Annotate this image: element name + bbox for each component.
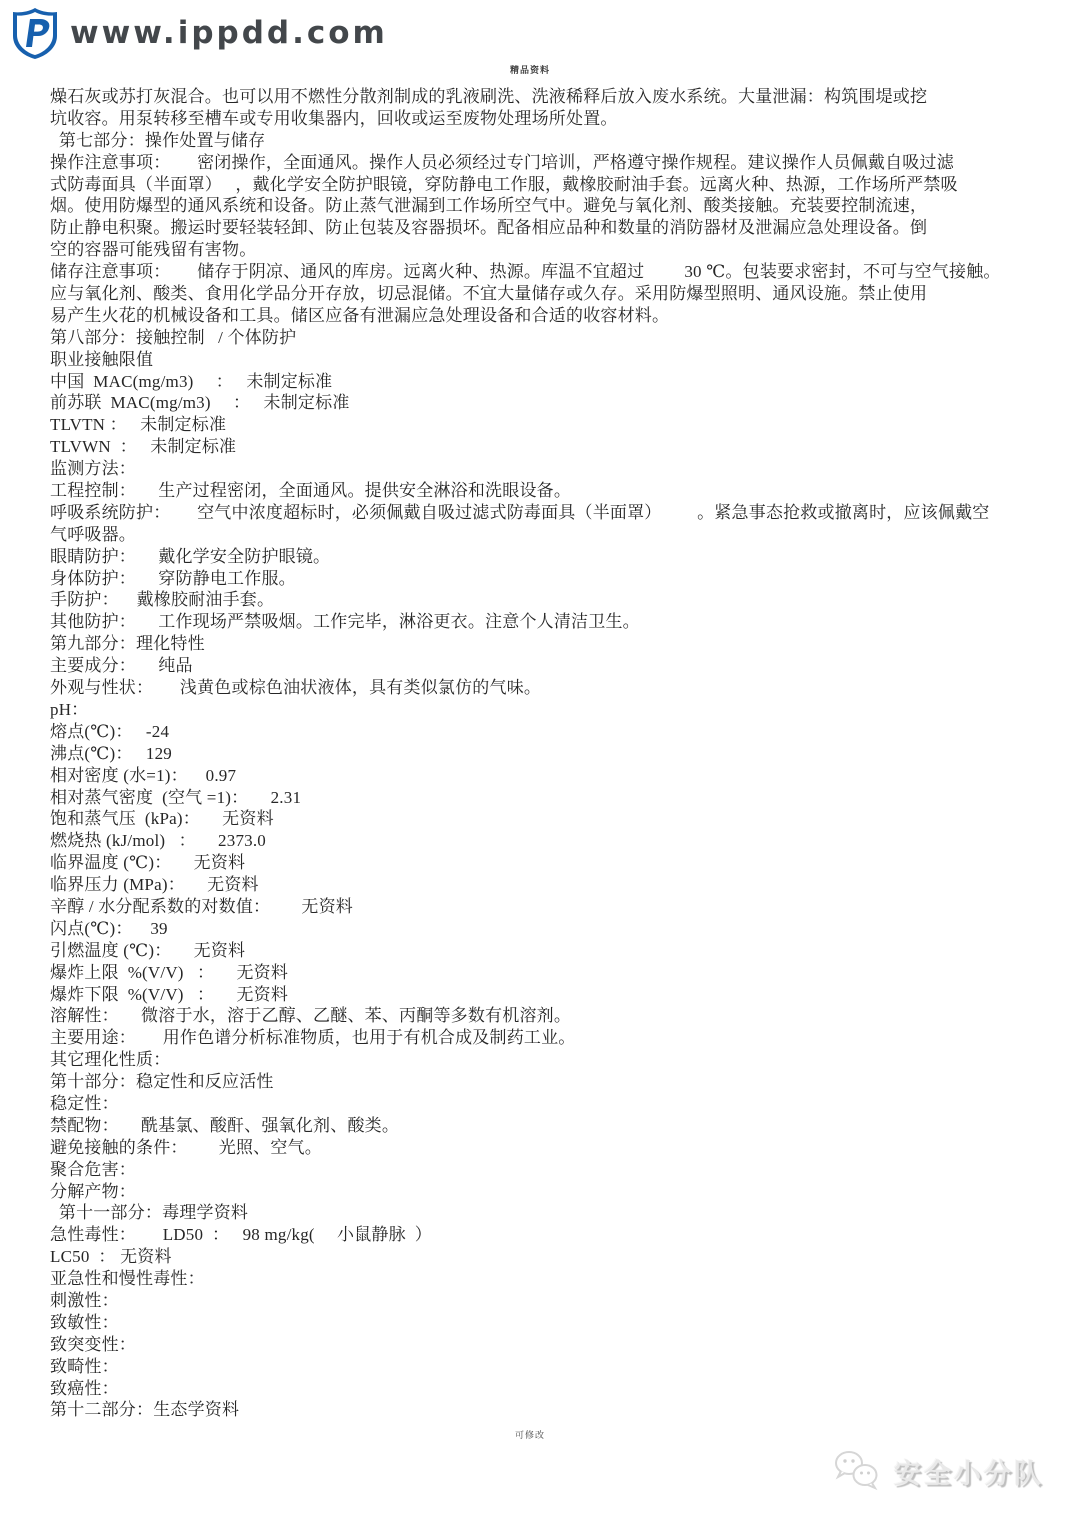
text-line: 手防护： 戴橡胶耐油手套。 [50, 589, 1050, 611]
text-line: 防止静电积聚。搬运时要轻装轻卸、防止包装及容器损坏。配备相应品种和数量的消防器材… [50, 217, 1050, 239]
text-line: 燃烧热 (kJ/mol) ： 2373.0 [50, 830, 1050, 852]
text-line: 急性毒性： LD50 ： 98 mg/kg( 小鼠静脉 ） [50, 1224, 1050, 1246]
text-line: 坑收容。用泵转移至槽车或专用收集器内，回收或运至废物处理场所处置。 [50, 108, 1050, 130]
text-line: 亚急性和慢性毒性： [50, 1268, 1050, 1290]
watermark: 安全小分队 [832, 1448, 1044, 1494]
text-line: 监测方法： [50, 458, 1050, 480]
text-line: 其它理化性质： [50, 1049, 1050, 1071]
top-note: 精品资料 [0, 63, 1060, 76]
wechat-icon [832, 1448, 884, 1494]
text-line: 稳定性： [50, 1093, 1050, 1115]
text-line: 熔点(℃)： -24 [50, 721, 1050, 743]
text-line: 中国 MAC(mg/m3) ： 未制定标准 [50, 371, 1050, 393]
text-line: 爆炸下限 %(V/V) ： 无资料 [50, 984, 1050, 1006]
text-line: 第七部分：操作处置与储存 [50, 130, 1050, 152]
text-line: 式防毒面具（半面罩） ，戴化学安全防护眼镜，穿防静电工作服，戴橡胶耐油手套。远离… [50, 174, 1050, 196]
site-header: www.ippdd.com [10, 6, 388, 60]
text-line: 烟。使用防爆型的通风系统和设备。防止蒸气泄漏到工作场所空气中。避免与氧化剂、酸类… [50, 195, 1050, 217]
bottom-note: 可修改 [0, 1428, 1060, 1441]
text-line: 储存注意事项： 储存于阴凉、通风的库房。远离火种、热源。库温不宜超过 30 ℃。… [50, 261, 1050, 283]
text-line: 燥石灰或苏打灰混合。也可以用不燃性分散剂制成的乳液刷洗、洗液稀释后放入废水系统。… [50, 86, 1050, 108]
text-line: 临界压力 (MPa)： 无资料 [50, 874, 1050, 896]
text-line: 工程控制： 生产过程密闭，全面通风。提供安全淋浴和洗眼设备。 [50, 480, 1050, 502]
text-line: 身体防护： 穿防静电工作服。 [50, 568, 1050, 590]
text-line: 聚合危害： [50, 1159, 1050, 1181]
text-line: 操作注意事项： 密闭操作，全面通风。操作人员必须经过专门培训，严格遵守操作规程。… [50, 152, 1050, 174]
text-line: 第八部分：接触控制 / 个体防护 [50, 327, 1050, 349]
text-line: LC50 ： 无资料 [50, 1246, 1050, 1268]
watermark-label: 安全小分队 [894, 1452, 1044, 1491]
text-line: 相对密度 (水=1)： 0.97 [50, 765, 1050, 787]
text-line: 主要成分： 纯品 [50, 655, 1050, 677]
text-line: 分解产物： [50, 1181, 1050, 1203]
text-line: 外观与性状： 浅黄色或棕色油状液体，具有类似氯仿的气味。 [50, 677, 1050, 699]
text-line: 应与氧化剂、酸类、食用化学品分开存放，切忌混储。不宜大量储存或久存。采用防爆型照… [50, 283, 1050, 305]
text-line: pH： [50, 699, 1050, 721]
text-line: 致癌性： [50, 1378, 1050, 1400]
text-line: 第十二部分：生态学资料 [50, 1399, 1050, 1421]
text-line: 饱和蒸气压 (kPa)： 无资料 [50, 808, 1050, 830]
text-line: 主要用途： 用作色谱分析标准物质，也用于有机合成及制药工业。 [50, 1027, 1050, 1049]
text-line: 前苏联 MAC(mg/m3) ： 未制定标准 [50, 392, 1050, 414]
text-line: 第十一部分：毒理学资料 [50, 1202, 1050, 1224]
text-line: 气呼吸器。 [50, 524, 1050, 546]
text-line: 刺激性： [50, 1290, 1050, 1312]
text-line: 空的容器可能残留有害物。 [50, 239, 1050, 261]
text-line: 临界温度 (℃)： 无资料 [50, 852, 1050, 874]
text-line: 禁配物： 酰基氯、酸酐、强氧化剂、酸类。 [50, 1115, 1050, 1137]
text-line: 引燃温度 (℃)： 无资料 [50, 940, 1050, 962]
text-line: TLVTN ： 未制定标准 [50, 414, 1050, 436]
text-line: 沸点(℃)： 129 [50, 743, 1050, 765]
text-line: 溶解性： 微溶于水，溶于乙醇、乙醚、苯、丙酮等多数有机溶剂。 [50, 1005, 1050, 1027]
text-line: 其他防护： 工作现场严禁吸烟。工作完毕，淋浴更衣。注意个人清洁卫生。 [50, 611, 1050, 633]
text-line: 致突变性： [50, 1334, 1050, 1356]
text-line: 第十部分：稳定性和反应活性 [50, 1071, 1050, 1093]
site-url: www.ippdd.com [70, 15, 388, 51]
text-line: 爆炸上限 %(V/V) ： 无资料 [50, 962, 1050, 984]
text-line: 职业接触限值 [50, 349, 1050, 371]
text-line: 辛醇 / 水分配系数的对数值： 无资料 [50, 896, 1050, 918]
text-line: 致畸性： [50, 1356, 1050, 1378]
text-line: 呼吸系统防护： 空气中浓度超标时，必须佩戴自吸过滤式防毒面具（半面罩） 。紧急事… [50, 502, 1050, 524]
shield-p-logo-icon [10, 6, 60, 60]
text-line: 易产生火花的机械设备和工具。储区应备有泄漏应急处理设备和合适的收容材料。 [50, 305, 1050, 327]
text-line: 眼睛防护： 戴化学安全防护眼镜。 [50, 546, 1050, 568]
text-line: 闪点(℃)： 39 [50, 918, 1050, 940]
text-line: 第九部分：理化特性 [50, 633, 1050, 655]
text-line: 相对蒸气密度 (空气 =1)： 2.31 [50, 787, 1050, 809]
text-line: 致敏性： [50, 1312, 1050, 1334]
document-body: 燥石灰或苏打灰混合。也可以用不燃性分散剂制成的乳液刷洗、洗液稀释后放入废水系统。… [50, 86, 1050, 1421]
text-line: TLVWN ： 未制定标准 [50, 436, 1050, 458]
text-line: 避免接触的条件： 光照、空气。 [50, 1137, 1050, 1159]
